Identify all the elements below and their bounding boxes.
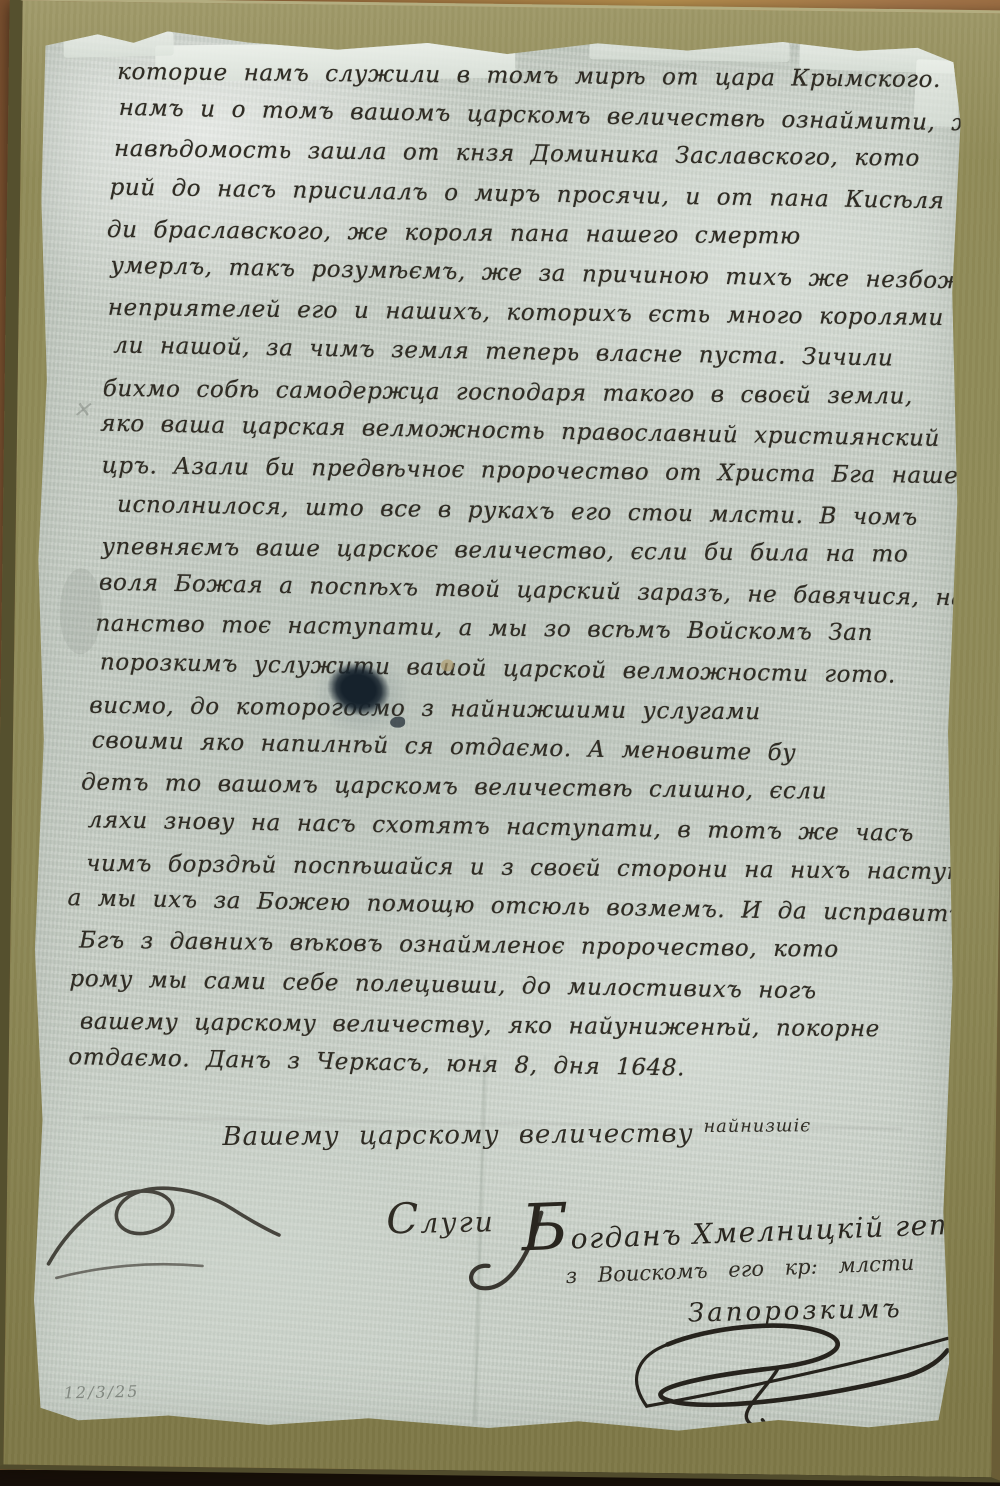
pencil-inventory-number: 12/3/25	[64, 1382, 140, 1403]
signature-army: Запорозкимъ	[688, 1294, 903, 1328]
closing-word-slugi: Слуги	[386, 1192, 495, 1243]
ink-blot-dot	[390, 717, 405, 728]
signature-name: Богданъ Хмелницкій гетманъ	[520, 1172, 1000, 1266]
closing-superscript: найнизшіє	[704, 1116, 812, 1137]
margin-mark: ✕	[72, 398, 98, 420]
stain-spot	[441, 659, 454, 671]
manuscript-photograph: которие намъ служили в томъ мирѣ от цара…	[0, 0, 1000, 1486]
closing-main: Вашему царскому величеству	[222, 1119, 693, 1152]
handwritten-text-block: которие намъ служили в томъ мирѣ от цара…	[23, 50, 969, 1092]
left-flourish	[48, 1187, 279, 1281]
signature-paraph	[636, 1324, 948, 1431]
closing-salutation: Вашему царскому величествунайнизшіє	[222, 1116, 811, 1152]
manuscript-paper: которие намъ служили в томъ мирѣ от цара…	[18, 20, 970, 1441]
